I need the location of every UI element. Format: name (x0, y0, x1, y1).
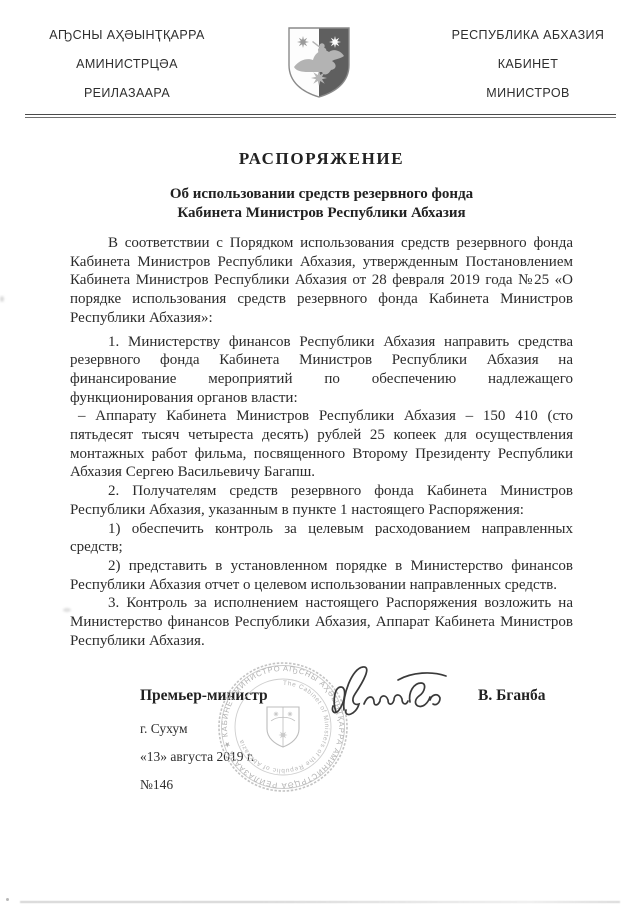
date-line: «13» августа 2019 г. (140, 749, 254, 765)
document-page: АҦСНЫ АҲӘЫНҬҚАРРА АМИНИСТРЦӘА РЕИЛАЗААРА… (0, 0, 640, 905)
paragraph-item-3: 3. Контроль за исполнением настоящего Ра… (70, 594, 573, 650)
seal-center-emblem (267, 707, 299, 747)
coat-of-arms-icon (284, 25, 354, 101)
scan-edge-artifact (20, 901, 620, 903)
org-name-abkhaz-line1: АҦСНЫ АҲӘЫНҬҚАРРА (28, 29, 226, 42)
org-name-abkhaz-line3: РЕИЛАЗААРА (28, 87, 226, 100)
scan-speck (6, 898, 9, 901)
document-number: №146 (140, 777, 173, 793)
paragraph-item-2: 2. Получателям средств резервного фонда … (70, 482, 573, 519)
paragraph-subitem-1: 1) обеспечить контроль за целевым расход… (70, 520, 573, 557)
scan-speck (63, 608, 71, 612)
handwritten-signature (328, 660, 478, 730)
official-seal-stamp: АҦСНЫ АҲӘЫНҬҚАРРА АМИНИСТРЦӘА РЕИЛАЗААРА… (217, 661, 349, 793)
seal-ring-outer-text: АҦСНЫ АҲӘЫНҬҚАРРА АМИНИСТРЦӘА РЕИЛАЗААРА… (217, 661, 346, 790)
paragraph-item-1: 1. Министерству финансов Республики Абха… (70, 333, 573, 408)
org-name-russian-line1: РЕСПУБЛИКА АБХАЗИЯ (442, 29, 614, 42)
paragraph-preamble: В соответствии с Порядком использования … (70, 234, 573, 328)
paragraph-allocation: – Аппарату Кабинета Министров Республики… (70, 407, 573, 482)
place-line: г. Сухум (140, 721, 188, 737)
document-body: В соответствии с Порядком использования … (70, 234, 573, 650)
org-name-abkhaz: АҦСНЫ АҲӘЫНҬҚАРРА АМИНИСТРЦӘА РЕИЛАЗААРА (28, 29, 226, 116)
org-name-russian-line2: КАБИНЕТ (442, 58, 614, 71)
svg-text:АҦСНЫ АҲӘЫНҬҚАРРА АМИНИСТРЦӘА: АҦСНЫ АҲӘЫНҬҚАРРА АМИНИСТРЦӘА РЕИЛАЗААРА… (217, 661, 346, 790)
document-title: РАСПОРЯЖЕНИЕ (70, 149, 573, 169)
org-name-russian: РЕСПУБЛИКА АБХАЗИЯ КАБИНЕТ МИНИСТРОВ (442, 29, 614, 116)
document-subject-line2: Кабинета Министров Республики Абхазия (70, 204, 573, 223)
paragraph-subitem-2: 2) представить в установленном порядке в… (70, 557, 573, 594)
org-name-russian-line3: МИНИСТРОВ (442, 87, 614, 100)
signatory-role: Премьер-министр (140, 687, 268, 705)
document-subject-line1: Об использовании средств резервного фонд… (70, 185, 573, 204)
document-subject: Об использовании средств резервного фонд… (70, 185, 573, 223)
scan-speck (0, 296, 4, 302)
signatory-name: В. Бганба (478, 687, 546, 705)
letterhead-divider (25, 114, 616, 118)
org-name-abkhaz-line2: АМИНИСТРЦӘА (28, 58, 226, 71)
